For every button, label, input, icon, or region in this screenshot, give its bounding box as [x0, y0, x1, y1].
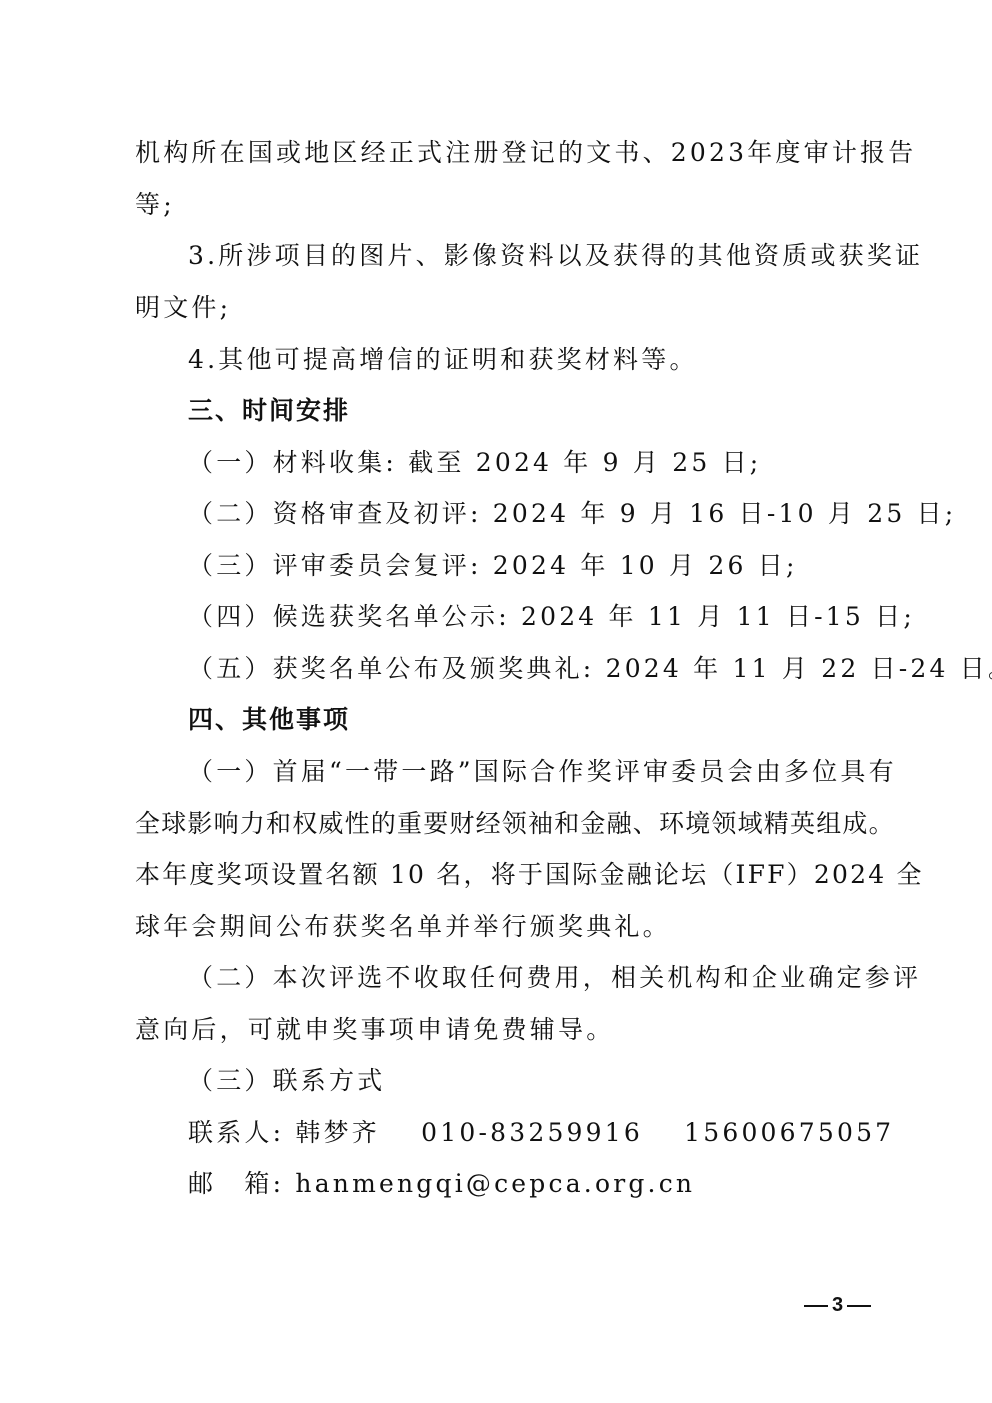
page-number-dash-left: [804, 1305, 828, 1307]
contact-section-title: （三）联系方式: [188, 1065, 923, 1097]
page-number-dash-right: [847, 1305, 871, 1307]
page-number: 3: [800, 1293, 875, 1317]
schedule-item-label: （五）获奖名单公布及颁奖典礼:: [188, 654, 594, 683]
section-heading-schedule: 三、时间安排: [188, 395, 923, 427]
contact-person-line: 联系人: 韩梦齐 010-83259916 15600675057: [188, 1117, 923, 1149]
paragraph-line: （一）首届“一带一路”国际合作奖评审委员会由多位具有: [188, 756, 923, 788]
paragraph-line: 等;: [135, 189, 870, 221]
schedule-item-label: （一）材料收集:: [188, 448, 397, 477]
contact-email[interactable]: hanmengqi@cepca.org.cn: [295, 1169, 695, 1198]
schedule-item-value: 2024 年 9 月 16 日-10 月 25 日;: [493, 499, 957, 528]
paragraph-line: 球年会期间公布获奖名单并举行颁奖典礼。: [135, 911, 870, 943]
section-heading-other-matters: 四、其他事项: [188, 704, 923, 736]
schedule-item: （二）资格审查及初评: 2024 年 9 月 16 日-10 月 25 日;: [188, 498, 923, 530]
list-item-4: 4.其他可提高增信的证明和获奖材料等。: [188, 344, 923, 376]
schedule-item-value: 截至 2024 年 9 月 25 日;: [408, 448, 761, 477]
contact-mobile: 15600675057: [684, 1118, 894, 1147]
contact-email-line: 邮 箱: hanmengqi@cepca.org.cn: [188, 1168, 923, 1200]
contact-phone: 010-83259916: [421, 1118, 643, 1147]
list-item-3-continued: 明文件;: [135, 292, 870, 324]
contact-email-label: 邮 箱:: [188, 1169, 284, 1198]
paragraph-line: 意向后，可就申奖事项申请免费辅导。: [135, 1014, 870, 1046]
paragraph-line: 全球影响力和权威性的重要财经领袖和金融、环境领域精英组成。: [135, 808, 870, 840]
schedule-item: （一）材料收集: 截至 2024 年 9 月 25 日;: [188, 447, 923, 479]
schedule-item: （五）获奖名单公布及颁奖典礼: 2024 年 11 月 22 日-24 日。: [188, 653, 923, 685]
schedule-item: （三）评审委员会复评: 2024 年 10 月 26 日;: [188, 550, 923, 582]
paragraph-line: 本年度奖项设置名额 10 名，将于国际金融论坛（IFF）2024 全: [135, 859, 870, 891]
schedule-item-value: 2024 年 11 月 11 日-15 日;: [521, 602, 915, 631]
paragraph-line: （二）本次评选不收取任何费用，相关机构和企业确定参评: [188, 962, 923, 994]
schedule-item-value: 2024 年 10 月 26 日;: [493, 551, 798, 580]
contact-person-label: 联系人:: [188, 1118, 284, 1147]
schedule-item-label: （三）评审委员会复评:: [188, 551, 482, 580]
page-number-value: 3: [832, 1294, 843, 1316]
list-item-3: 3.所涉项目的图片、影像资料以及获得的其他资质或获奖证: [188, 240, 923, 272]
schedule-item-label: （四）候选获奖名单公示:: [188, 602, 510, 631]
schedule-item-value: 2024 年 11 月 22 日-24 日。: [606, 654, 992, 683]
paragraph-line: 机构所在国或地区经正式注册登记的文书、2023年度审计报告: [135, 137, 870, 169]
contact-person-name: 韩梦齐: [295, 1118, 380, 1147]
schedule-item-label: （二）资格审查及初评:: [188, 499, 482, 528]
schedule-item: （四）候选获奖名单公示: 2024 年 11 月 11 日-15 日;: [188, 601, 923, 633]
document-page: 机构所在国或地区经正式注册登记的文书、2023年度审计报告 等; 3.所涉项目的…: [0, 0, 992, 1403]
